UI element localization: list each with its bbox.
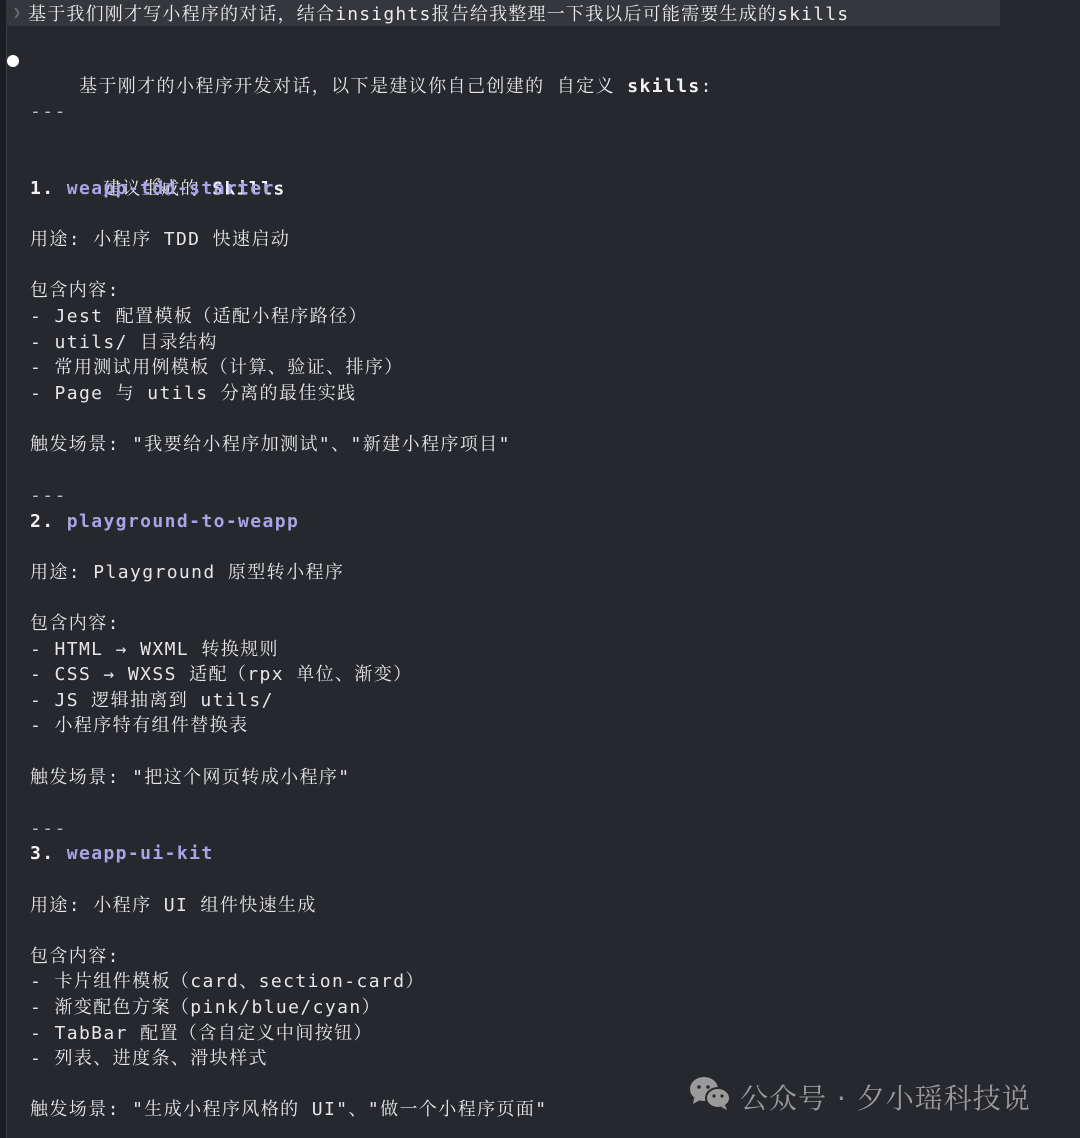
skill-content-item: - TabBar 配置（含自定义中间按钮） bbox=[30, 1021, 1080, 1047]
skill-content-item: - Jest 配置模板（适配小程序路径） bbox=[30, 304, 1080, 330]
section-title: 建议生成的 Skills bbox=[30, 125, 1080, 151]
skill-number: 1. bbox=[30, 178, 54, 199]
skill-content-item: - 小程序特有组件替换表 bbox=[30, 713, 1080, 739]
skill-content-item: - 卡片组件模板（card、section-card） bbox=[30, 969, 1080, 995]
skill-heading: 3. weapp-ui-kit bbox=[30, 841, 1080, 867]
skill-trigger: 触发场景: "我要给小程序加测试"、"新建小程序项目" bbox=[30, 432, 1080, 458]
user-prompt: ❯ 基于我们刚才写小程序的对话，结合insights报告给我整理一下我以后可能需… bbox=[6, 0, 1000, 26]
skill-content-item: - utils/ 目录结构 bbox=[30, 330, 1080, 356]
skill-content-item: - 列表、进度条、滑块样式 bbox=[30, 1046, 1080, 1072]
left-gutter bbox=[0, 0, 7, 1138]
intro-bold: skills bbox=[627, 76, 700, 97]
skill-purpose: 用途: 小程序 TDD 快速启动 bbox=[30, 227, 1080, 253]
response-bullet-icon bbox=[7, 55, 19, 67]
skill-content-item: - CSS → WXSS 适配（rpx 单位、渐变） bbox=[30, 662, 1080, 688]
skill-contents-label: 包含内容: bbox=[30, 944, 1080, 970]
skill-content-item: - JS 逻辑抽离到 utils/ bbox=[30, 688, 1080, 714]
skill-purpose: 用途: 小程序 UI 组件快速生成 bbox=[30, 893, 1080, 919]
skill-content-item: - 渐变配色方案（pink/blue/cyan） bbox=[30, 995, 1080, 1021]
watermark-text: 公众号 · 夕小瑶科技说 bbox=[740, 1077, 1031, 1117]
skill-purpose: 用途: Playground 原型转小程序 bbox=[30, 560, 1080, 586]
assistant-response: 基于刚才的小程序开发对话，以下是建议你自己创建的 自定义 skills: ---… bbox=[30, 48, 1080, 1123]
skill-content-item: - Page 与 utils 分离的最佳实践 bbox=[30, 381, 1080, 407]
prompt-chevron-icon: ❯ bbox=[6, 5, 28, 21]
skill-content-item: - HTML → WXML 转换规则 bbox=[30, 637, 1080, 663]
skill-content-item: - 常用测试用例模板（计算、验证、排序） bbox=[30, 355, 1080, 381]
divider: --- bbox=[30, 483, 1080, 509]
skill-heading: 1. weapp-tdd-starter bbox=[30, 176, 1080, 202]
skill-number: 2. bbox=[30, 511, 54, 532]
prompt-text: 基于我们刚才写小程序的对话，结合insights报告给我整理一下我以后可能需要生… bbox=[28, 0, 849, 26]
skill-contents-label: 包含内容: bbox=[30, 278, 1080, 304]
skill-trigger: 触发场景: "把这个网页转成小程序" bbox=[30, 765, 1080, 791]
skill-contents-label: 包含内容: bbox=[30, 611, 1080, 637]
response-intro: 基于刚才的小程序开发对话，以下是建议你自己创建的 自定义 skills: bbox=[30, 48, 1080, 74]
skill-heading: 2. playground-to-weapp bbox=[30, 509, 1080, 535]
wechat-icon bbox=[688, 1074, 732, 1119]
divider: --- bbox=[30, 816, 1080, 842]
skill-number: 3. bbox=[30, 843, 54, 864]
watermark: 公众号 · 夕小瑶科技说 bbox=[688, 1074, 1031, 1119]
skill-name: weapp-ui-kit bbox=[67, 843, 214, 864]
skill-name: weapp-tdd-starter bbox=[67, 178, 275, 199]
skill-block: 1. weapp-tdd-starter 用途: 小程序 TDD 快速启动 包含… bbox=[30, 176, 1080, 458]
skill-name: playground-to-weapp bbox=[67, 511, 300, 532]
intro-suffix: : bbox=[701, 76, 713, 97]
intro-text: 基于刚才的小程序开发对话，以下是建议你自己创建的 自定义 bbox=[79, 76, 627, 97]
skill-block: 2. playground-to-weapp 用途: Playground 原型… bbox=[30, 509, 1080, 791]
divider: --- bbox=[30, 99, 1080, 125]
